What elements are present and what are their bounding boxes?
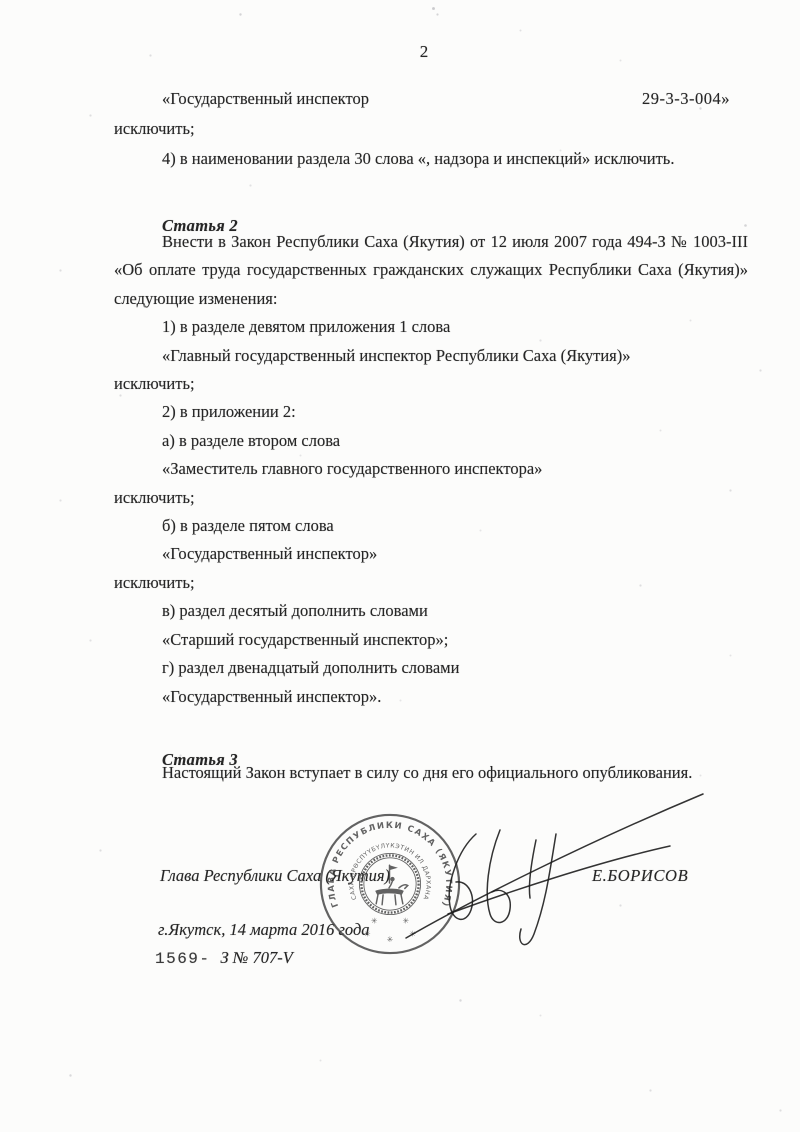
doc-line: «Старший государственный инспектор»; [114, 626, 748, 654]
doc-line: в) раздел десятый дополнить словами [114, 597, 748, 625]
doc-line: «Об оплате труда государственных граждан… [114, 256, 748, 284]
doc-line: «Государственный инспектор». [114, 683, 748, 711]
doc-line: 4) в наименовании раздела 30 слова «, на… [114, 144, 748, 174]
law-number: З № 707-V [221, 948, 293, 967]
doc-line: «Главный государственный инспектор Респу… [114, 342, 748, 370]
quoted-position: «Государственный инспектор [162, 84, 369, 114]
seal-asterisk: ✳ [364, 929, 371, 938]
scanned-document-page: 2 «Государственный инспектор 29-3-3-004»… [0, 0, 800, 1132]
intro-section: «Государственный инспектор 29-3-3-004» и… [114, 84, 748, 174]
doc-line: «Государственный инспектор 29-3-3-004» [114, 84, 748, 114]
position-code: 29-3-3-004» [642, 84, 730, 114]
doc-line: исключить; [114, 484, 748, 512]
page-number: 2 [404, 42, 444, 62]
registration-line: 1569-З № 707-V [155, 948, 293, 968]
scan-noise [0, 0, 1, 1]
doc-line: 1) в разделе девятом приложения 1 слова [114, 313, 748, 341]
doc-line: следующие изменения: [114, 285, 748, 313]
registration-stamp-number: 1569- [155, 950, 211, 968]
doc-line: исключить; [114, 569, 748, 597]
doc-line: б) в разделе пятом слова [114, 512, 748, 540]
doc-line: 2) в приложении 2: [114, 398, 748, 426]
doc-line: исключить; [114, 114, 748, 144]
doc-line: «Государственный инспектор» [114, 540, 748, 568]
article-2-body: Внести в Закон Республики Саха (Якутия) … [114, 228, 748, 711]
doc-line: Внести в Закон Республики Саха (Якутия) … [114, 228, 748, 256]
doc-line: а) в разделе втором слова [114, 427, 748, 455]
doc-line: исключить; [114, 370, 748, 398]
handwritten-signature [388, 782, 718, 957]
seal-asterisk: ✳ [371, 916, 378, 925]
doc-line: «Заместитель главного государственного и… [114, 455, 748, 483]
doc-line: г) раздел двенадцатый дополнить словами [114, 654, 748, 682]
